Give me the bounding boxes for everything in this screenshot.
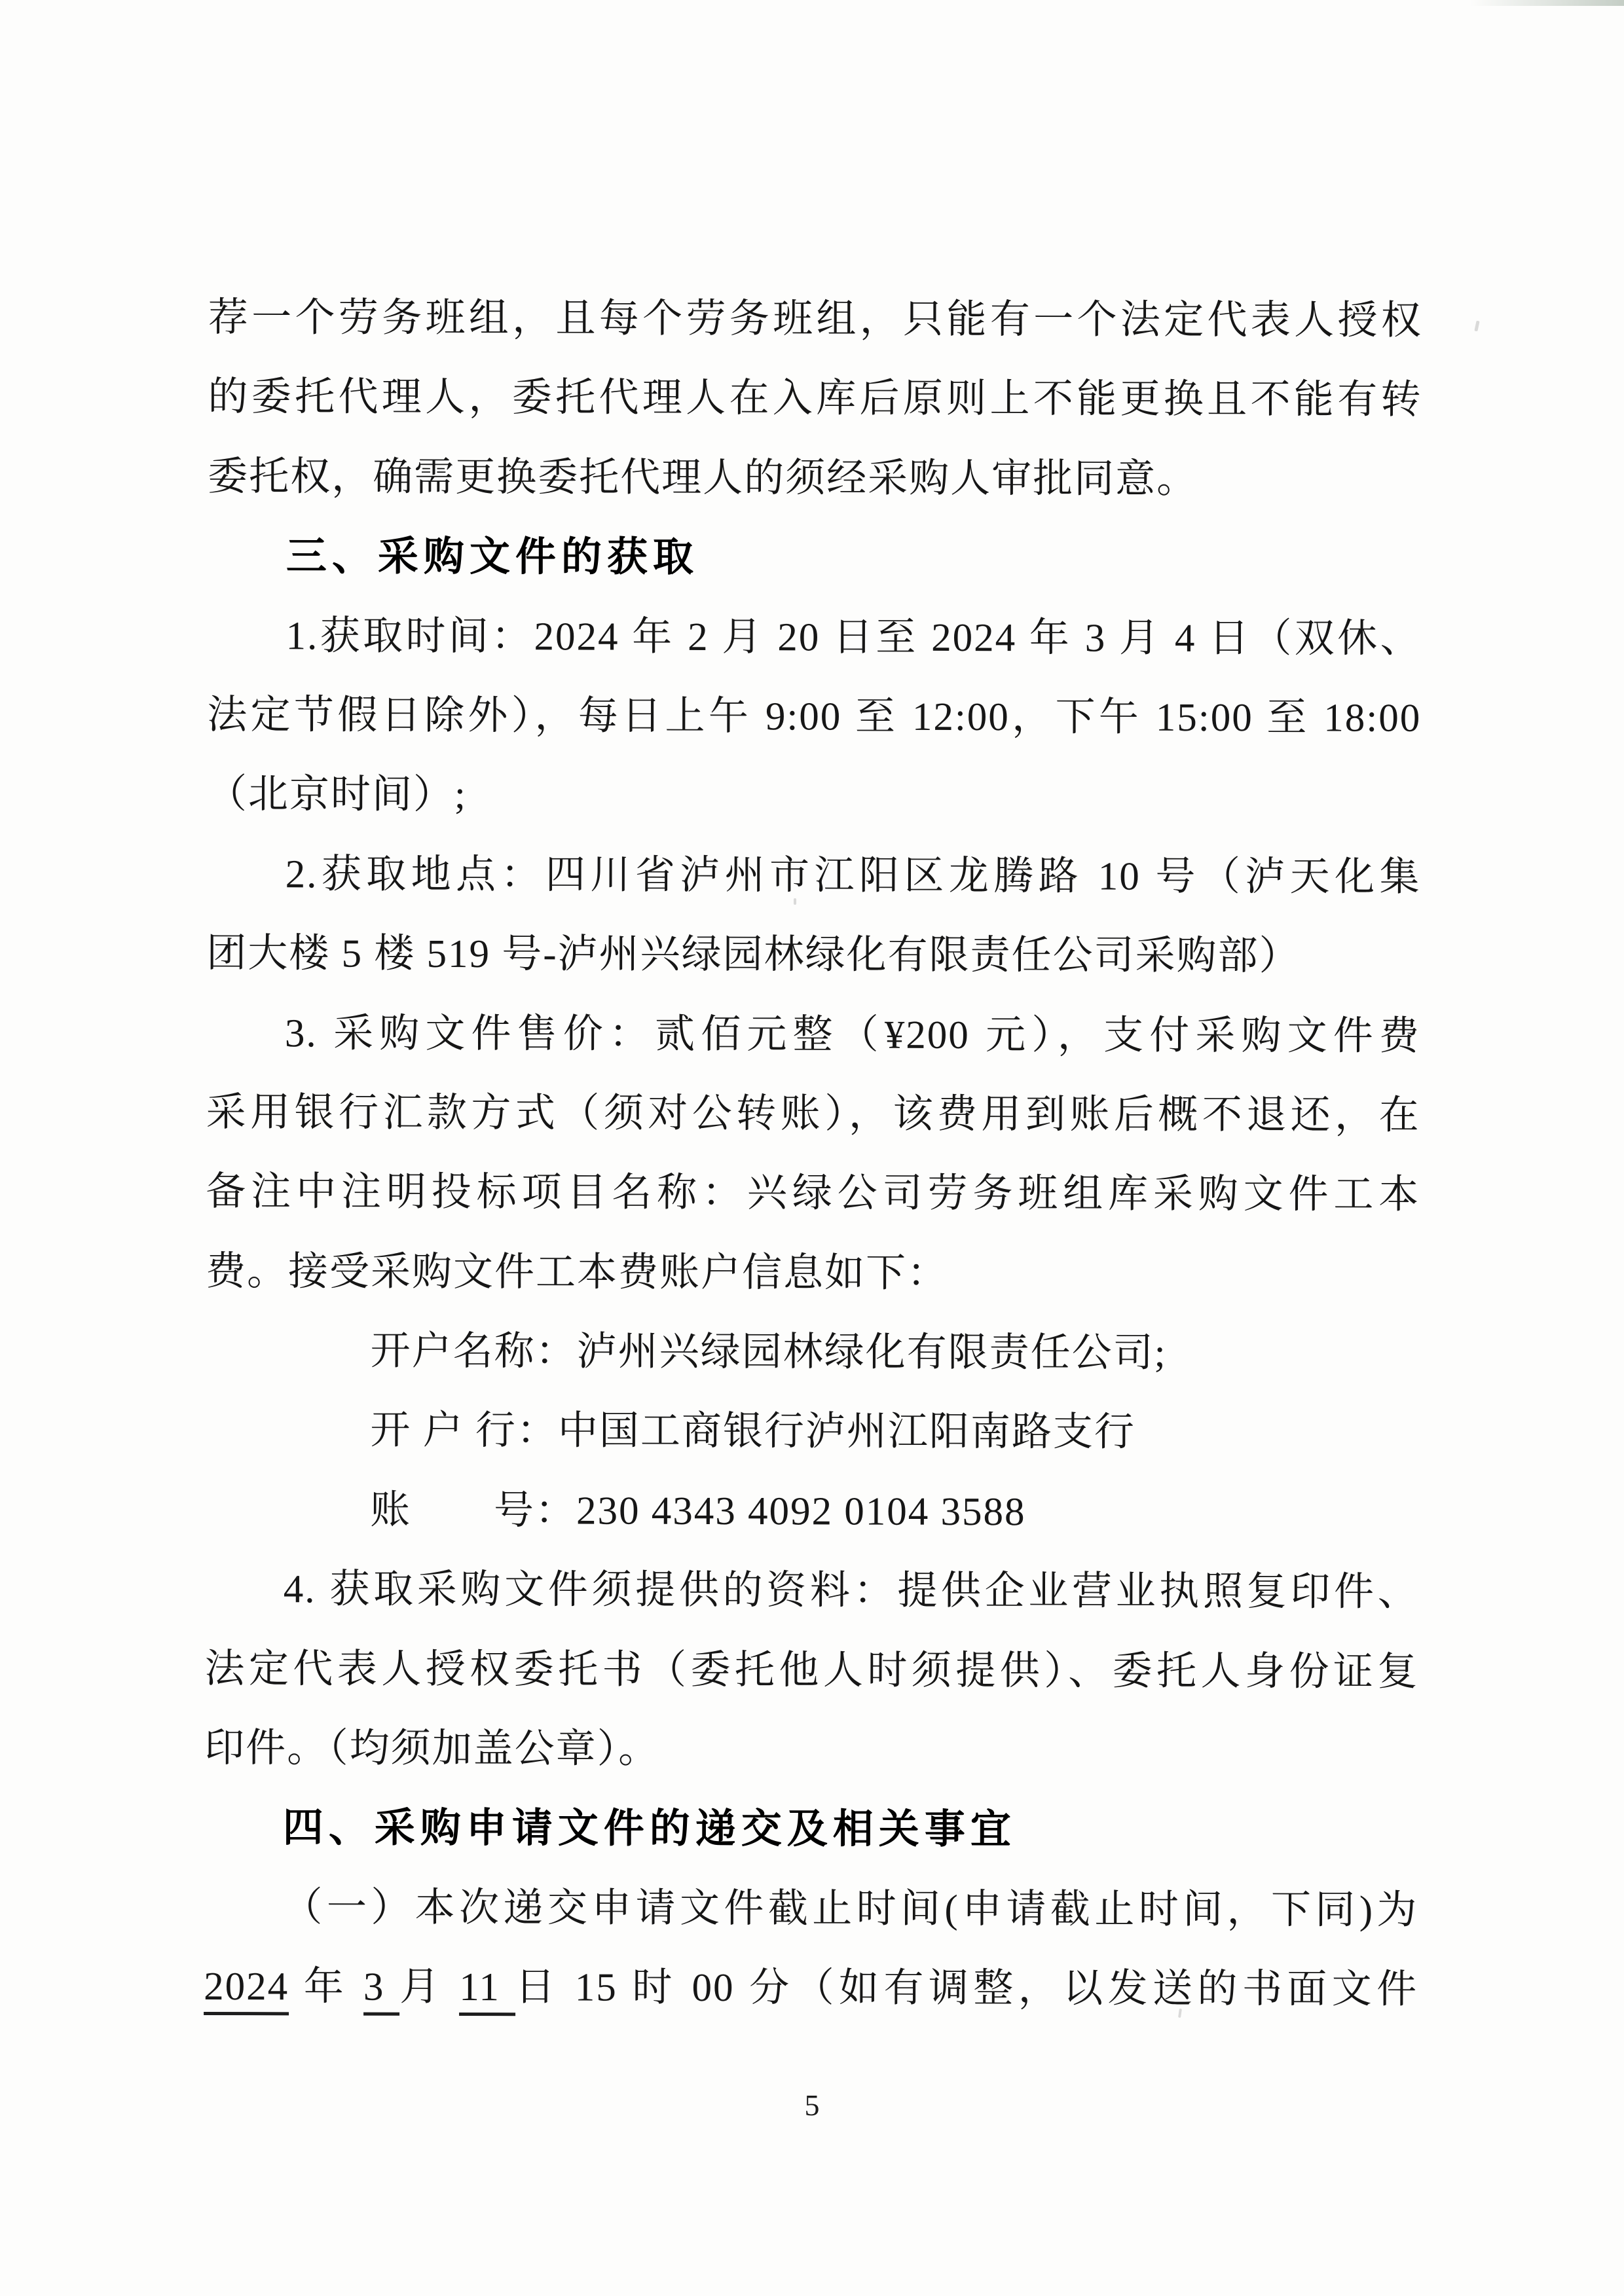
- text-line: 备注中注明投标项目名称：兴绿公司劳务班组库采购文件工本: [206, 1152, 1420, 1235]
- account-number-line: 账 号：230 4343 4092 0104 3588: [205, 1470, 1419, 1553]
- text-line: 法定代表人授权委托书（委托他人时须提供）、委托人身份证复: [204, 1630, 1418, 1712]
- account-name-line: 开户名称：泸州兴绿园林绿化有限责任公司;: [206, 1311, 1420, 1394]
- document-page: 荐一个劳务班组，且每个劳务班组，只能有一个法定代表人授权 的委托代理人，委托代理…: [0, 0, 1624, 2296]
- bank-branch-line: 开 户 行：中国工商银行泸州江阳南路支行: [205, 1391, 1419, 1473]
- text-line: 3. 采购文件售价：贰佰元整（¥200 元），支付采购文件费: [206, 994, 1420, 1076]
- section-heading: 四、采购申请文件的递交及相关事宜: [204, 1788, 1418, 1870]
- text-line: 委托权，确需更换委托代理人的须经采购人审批同意。: [208, 437, 1422, 520]
- text-line: （北京时间）;: [207, 755, 1421, 837]
- deadline-text: 日 15 时 00 分（如有调整，以发送的书面文件: [515, 1965, 1418, 2012]
- text-line: 采用银行汇款方式（须对公转账），该费用到账后概不退还，在: [206, 1073, 1420, 1156]
- scan-smudge: [1470, 0, 1624, 6]
- text-line: 团大楼 5 楼 519 号-泸州兴绿园林绿化有限责任公司采购部）: [206, 914, 1420, 996]
- underlined-day-field: 11: [459, 1965, 515, 2016]
- underlined-year-field: 2024: [204, 1965, 289, 2015]
- section-heading: 三、采购文件的获取: [208, 517, 1422, 599]
- deadline-text: 月: [399, 1965, 459, 2009]
- text-line: 费。接受采购文件工本费账户信息如下：: [206, 1232, 1420, 1315]
- deadline-text: 年: [289, 1965, 363, 2009]
- deadline-line: 2024 年 3 月 11 日 15 时 00 分（如有调整，以发送的书面文件: [204, 1947, 1418, 2030]
- text-line: 4. 获取采购文件须提供的资料：提供企业营业执照复印件、: [205, 1550, 1419, 1632]
- text-line: 印件。（均须加盖公章）。: [204, 1709, 1418, 1791]
- scan-speck: [1474, 321, 1479, 332]
- text-line: （一）本次递交申请文件截止时间(申请截止时间，下同)为: [204, 1868, 1418, 1950]
- text-line: 荐一个劳务班组，且每个劳务班组，只能有一个法定代表人授权: [208, 278, 1422, 361]
- page-number: 5: [0, 2086, 1624, 2125]
- text-line: 法定节假日除外），每日上午 9:00 至 12:00，下午 15:00 至 18…: [207, 676, 1421, 758]
- text-line: 1.获取时间：2024 年 2 月 20 日至 2024 年 3 月 4 日（双…: [207, 596, 1421, 679]
- text-line: 的委托代理人，委托代理人在入库后原则上不能更换且不能有转: [208, 357, 1422, 440]
- underlined-month-field: 3: [363, 1965, 399, 2016]
- page-content: 荐一个劳务班组，且每个劳务班组，只能有一个法定代表人授权 的委托代理人，委托代理…: [204, 278, 1422, 2030]
- text-line: 2.获取地点：四川省泸州市江阳区龙腾路 10 号（泸天化集: [206, 835, 1420, 917]
